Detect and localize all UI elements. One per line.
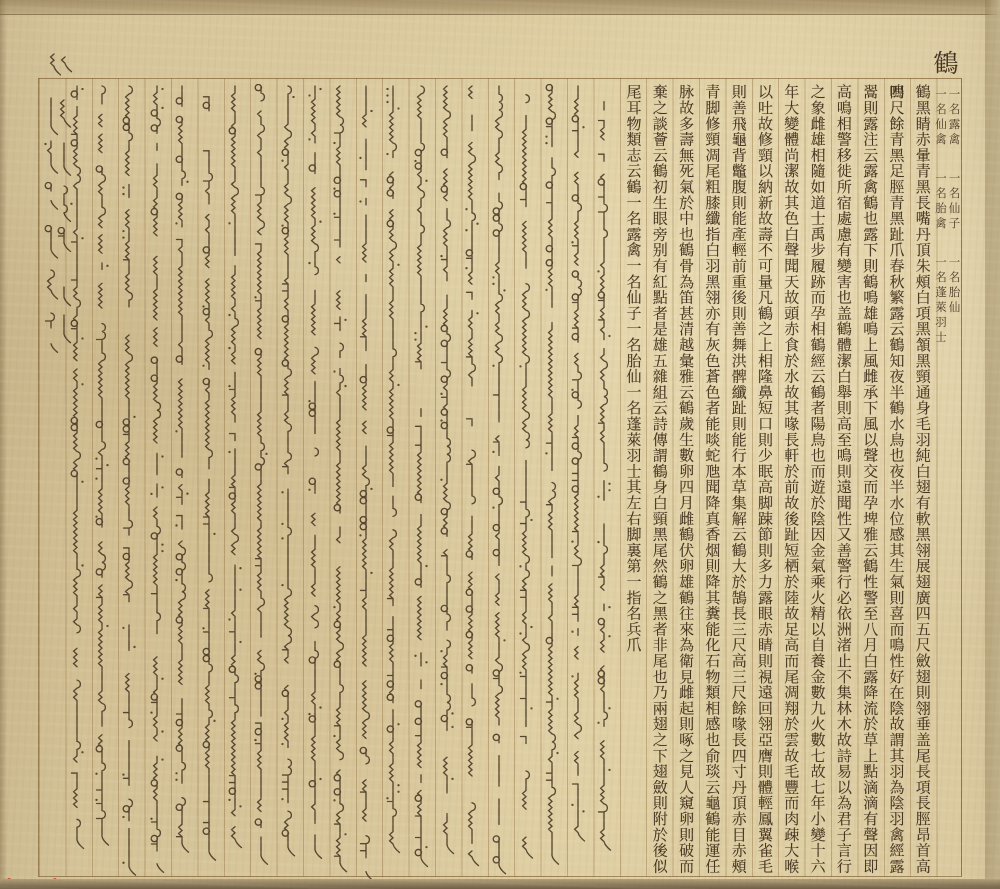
manchu-column — [411, 84, 433, 878]
title-annotation-block: 一名露禽 一名仙禽 — [934, 88, 961, 148]
manchu-column — [489, 84, 511, 885]
chinese-column: 四尺餘青黑足脛青黑趾爪春秋繁露云鶴知夜半鶴水鳥也夜半水位感其生氣則喜而鳴性好在陰… — [883, 84, 909, 876]
chinese-column: 尾耳物類志云鶴一名露禽一名仙子一名胎仙一名蓬萊羽士其左右脚裏第一指名兵爪 — [620, 84, 646, 876]
alt-name: 一名露禽 — [947, 88, 961, 148]
manchu-column — [172, 84, 194, 863]
manchu-column — [437, 84, 459, 863]
manchu-column — [462, 84, 484, 883]
paper-right-edge — [985, 0, 1000, 889]
manchu-column — [119, 84, 141, 887]
chinese-column: 棄之談薈云鶴初生眼旁别有紅點者是雄五雜組云詩傳謂鶴身白頸黑尾然鶴之黑者非尾也乃兩… — [646, 84, 672, 876]
alt-name: 一名胎仙 — [947, 256, 961, 346]
manchu-column — [305, 84, 327, 866]
manchu-margin-annotation — [55, 55, 77, 85]
chinese-column: 以吐故修頸以納新故壽不可量凡鶴之上相隆鼻短口則少眠高脚踈節則多力露眼赤睛則視遠回… — [752, 84, 778, 876]
manchu-column — [356, 84, 378, 888]
chinese-column: 脉故多壽無死氣於中也鶴骨為笛甚清越彙雅云鶴歲生數卵四月雌鶴伏卵雄鶴往來為衛見雌起… — [673, 84, 699, 876]
chinese-column: 年大變體尚潔故其色白聲聞天故頭赤食於水故其喙長軒於前故後趾短栖於陸故足高而尾凋翔… — [778, 84, 804, 876]
manchu-column — [383, 84, 405, 862]
manchu-column — [225, 84, 247, 860]
title-annotation-block: 一名仙子 一名胎禽 — [934, 172, 961, 232]
manuscript-page: 鶴 一名露禽 一名仙禽 一名仙子 一名胎禽 一名胎仙 一名蓬萊羽士 鶴黑睛赤暈青… — [0, 0, 1000, 889]
chinese-column: 鶴黑睛赤暈青黑長嘴丹頂朱頰白項黑頷黑頸通身毛羽純白翅有軟黑翎展翅廣四五尺斂翅則翎… — [909, 84, 935, 876]
manchu-column — [568, 84, 590, 854]
paper-bottom-edge — [0, 879, 1000, 889]
title-annotation-block: 一名胎仙 一名蓬萊羽士 — [934, 256, 961, 346]
manchu-column — [92, 84, 114, 861]
chinese-column: 之象雌雄相隨如道士禹步履跡而孕相鶴經云鶴者陽鳥也而遊於陰因金氣乘火精以自養金數九… — [804, 84, 830, 876]
alt-name: 一名仙子 — [947, 172, 961, 232]
paper-left-edge — [0, 0, 7, 889]
chinese-column: 高鳴相警移徙所宿處慮有變害也盖鶴體潔白舉則高至鳴則遠聞性又善警行必依洲渚止不集林… — [831, 84, 857, 876]
manchu-column — [542, 84, 564, 877]
manchu-column — [594, 84, 616, 863]
chinese-column: 翯則露注云露禽鶴也露下則鶴鳴雄鳴上風雌承下風以聲交而孕埤雅云鶴性警至八月白露降流… — [857, 84, 883, 876]
paper-top-edge — [0, 0, 1000, 15]
chinese-column: 則善飛龜背鼈腹則能產輕前重後則善舞洪髀纖趾則能行本草集解云鶴大於鵠長三尺高三尺餘… — [725, 84, 751, 876]
manchu-column — [516, 84, 538, 872]
entry-title: 鶴 — [929, 50, 959, 80]
manchu-column — [147, 84, 169, 885]
manchu-column — [330, 84, 352, 885]
manchu-column — [278, 84, 300, 873]
chinese-column: 青脚修頸凋尾粗膝纖指白羽黑翎亦有灰色蒼色者能啖蛇虺聞降真香烟則降其糞能化石物類相… — [699, 84, 725, 876]
manchu-column — [199, 84, 221, 875]
manchu-column — [67, 84, 89, 855]
manchu-column — [251, 84, 273, 875]
